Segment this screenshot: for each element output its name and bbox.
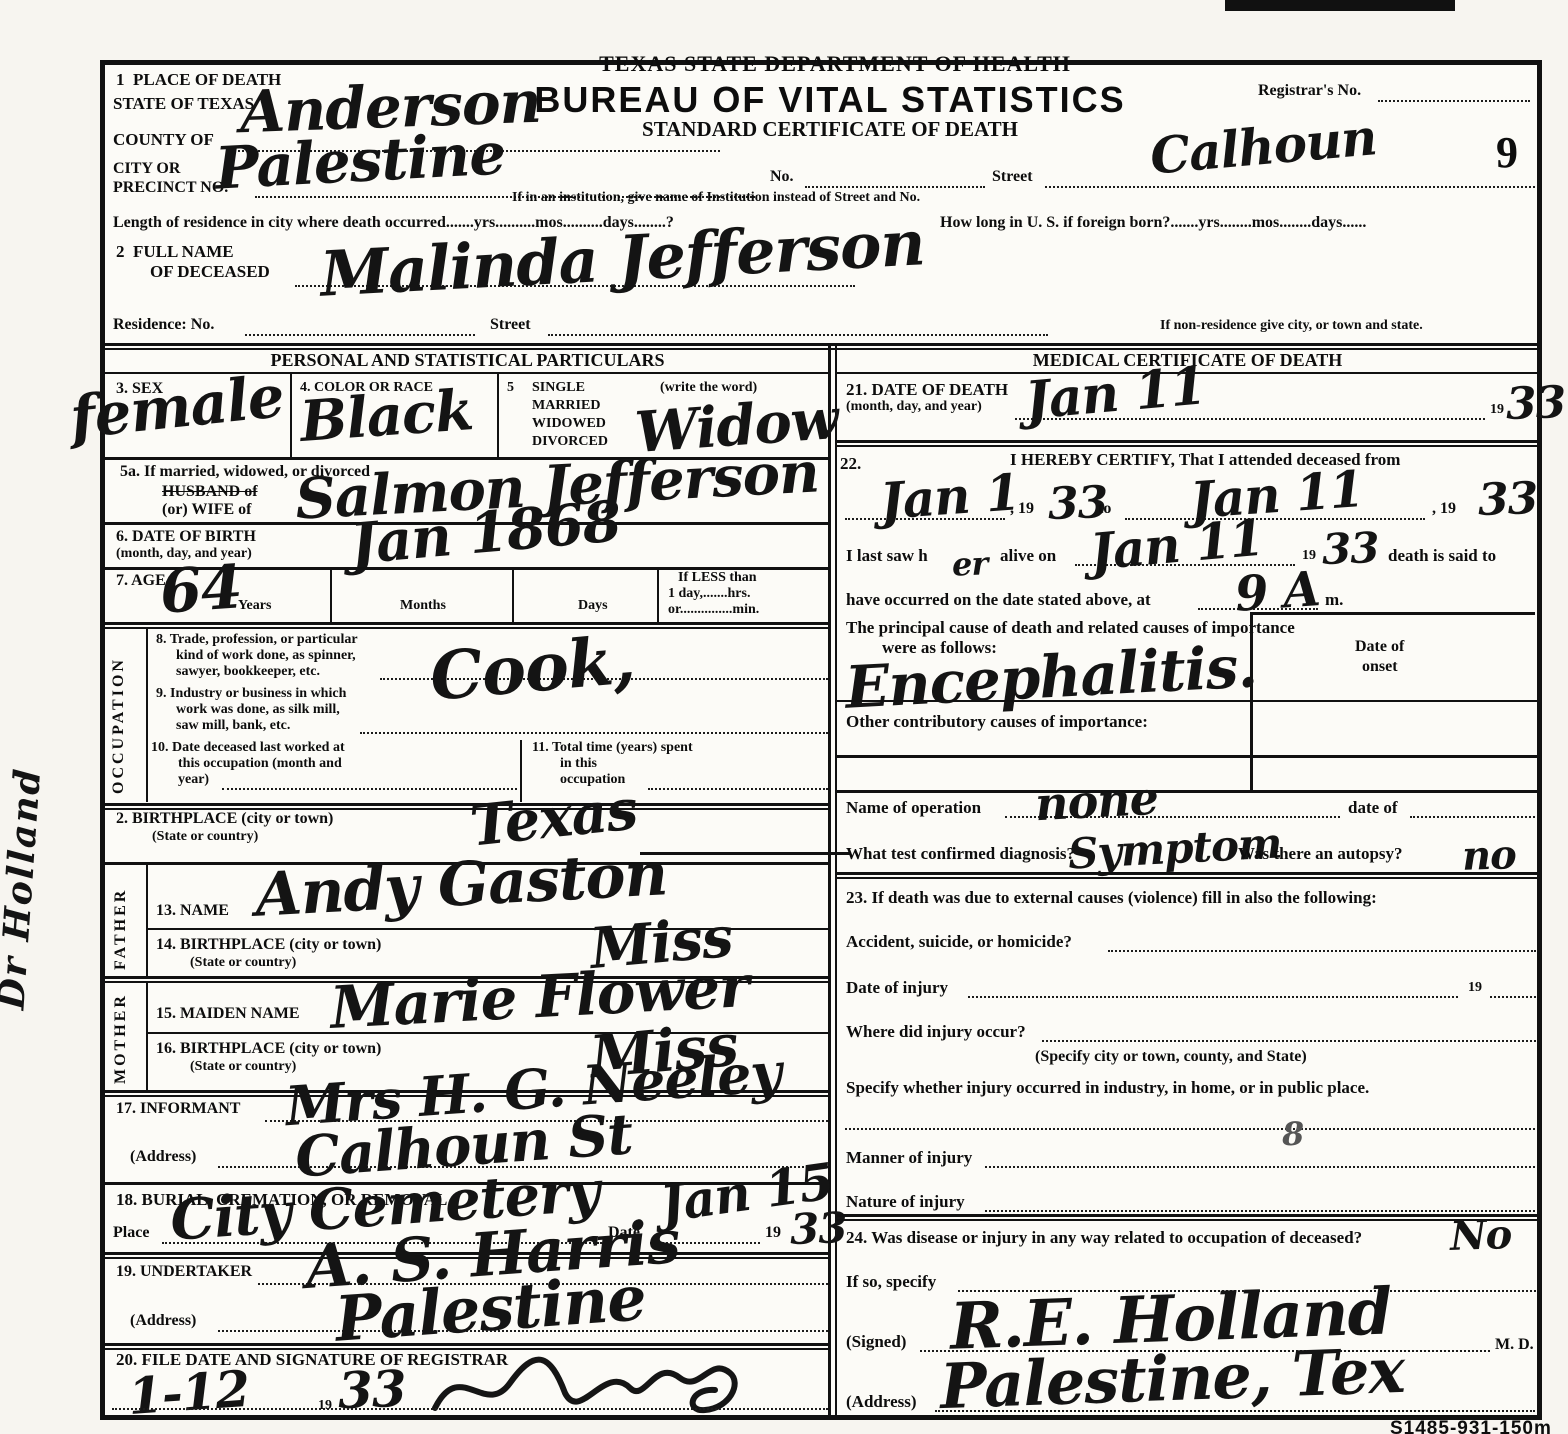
rule <box>837 700 1537 702</box>
section-divider <box>103 343 1539 350</box>
occ-11-line1: 11. Total time (years) spent <box>532 740 693 756</box>
fullname-number-title: 2 FULL NAME <box>116 242 234 261</box>
cell-divider <box>512 567 514 622</box>
occ-8-line2: kind of work done, as spinner, <box>176 648 356 664</box>
manner-leader <box>985 1166 1535 1168</box>
state-of-texas-label: STATE OF TEXAS <box>113 94 254 113</box>
scan-artifact-bar <box>1225 0 1455 11</box>
filedate-handwriting: 1-12 <box>126 1364 250 1422</box>
burial-year-label: 19 <box>765 1224 781 1242</box>
of-deceased-label: OF DECEASED <box>150 262 270 281</box>
rule <box>837 1214 1539 1221</box>
mother-group-rule <box>146 983 148 1090</box>
dod-year-handwriting: 33 <box>1505 381 1566 427</box>
rule <box>837 755 1537 758</box>
occ-9-leader <box>360 732 828 734</box>
age-less3: or...............min. <box>668 602 759 618</box>
bureau-title: BUREAU OF VITAL STATISTICS <box>500 80 1160 120</box>
mother-bp-label: 16. BIRTHPLACE (city or town) <box>156 1040 381 1058</box>
dept-title: TEXAS STATE DEPARTMENT OF HEALTH <box>545 52 1125 77</box>
certificate-number: 9 <box>1496 128 1518 177</box>
age-years-label: Years <box>238 598 271 614</box>
burial-place-label: Place <box>113 1224 149 1242</box>
father-vertical-label: FATHER <box>112 872 130 970</box>
marital-married: MARRIED <box>532 398 600 414</box>
dod-value-handwriting: Jan 11 <box>1023 360 1207 428</box>
specify-place-label: Specify whether injury occurred in indus… <box>846 1078 1369 1097</box>
city-or-label: CITY OR <box>113 160 180 178</box>
contrib-label: Other contributory causes of importance: <box>846 712 1148 731</box>
signed-address-label: (Address) <box>846 1392 917 1411</box>
cell-divider <box>497 372 499 457</box>
injury-date-label: Date of injury <box>846 978 948 997</box>
lastsaw-t2: alive on <box>1000 546 1056 565</box>
certify-to-label: to <box>1098 500 1111 518</box>
street-no-label: No. <box>770 168 794 186</box>
dod-year-label: 19 <box>1490 402 1504 418</box>
occupation-group-rule <box>146 629 148 802</box>
father-name-label: 13. NAME <box>156 902 229 920</box>
certify-yr2-label: , 19 <box>1432 500 1456 518</box>
operation-value-handwriting: none <box>1034 775 1159 827</box>
residence-street-leader <box>548 334 1048 336</box>
injury-date-year-leader <box>1490 996 1536 998</box>
county-of-label: COUNTY OF <box>113 130 214 149</box>
test-label: What test confirmed diagnosis? <box>846 844 1075 863</box>
mother-vertical-label: MOTHER <box>112 988 130 1084</box>
q24-label: 24. Was disease or injury in any way rel… <box>846 1228 1362 1247</box>
occ-11-line2: in this <box>560 756 597 772</box>
dod-sublabel: (month, day, and year) <box>846 399 982 415</box>
non-residence-note: If non-residence give city, or town and … <box>1160 318 1423 334</box>
occ-11-leader <box>648 788 828 790</box>
mother-bp-sublabel: (State or country) <box>190 1059 296 1075</box>
street-label: Street <box>992 168 1033 186</box>
autopsy-label: Was there an autopsy? <box>1238 844 1403 863</box>
lastsaw-t3: death is said to <box>1388 546 1496 565</box>
injury-date-leader <box>968 996 1458 998</box>
occupation-vertical-label: OCCUPATION <box>110 632 128 794</box>
standard-title: STANDARD CERTIFICATE OF DEATH <box>540 118 1120 142</box>
column-divider-right <box>835 343 837 1418</box>
city-value-handwriting: Palestine <box>214 124 507 197</box>
column-divider-left <box>828 343 831 1418</box>
mother-name-label: 15. MAIDEN NAME <box>156 1005 300 1023</box>
filedate-year-label: 19 <box>318 1398 332 1414</box>
undertaker-label: 19. UNDERTAKER <box>116 1263 252 1281</box>
onset-label-1: Date of <box>1355 638 1404 656</box>
how-long-us-line: How long in U. S. if foreign born?......… <box>940 214 1366 232</box>
rule <box>837 790 1537 793</box>
operation-date-leader <box>1410 816 1535 818</box>
age-value-handwriting: 64 <box>158 557 243 623</box>
age-months-label: Months <box>400 598 446 614</box>
husband-of-label-struck: HUSBAND of <box>162 483 258 501</box>
street-no-leader <box>805 186 985 188</box>
marital-widowed: WIDOWED <box>532 416 606 432</box>
cell-divider <box>657 567 659 622</box>
father-group-rule <box>146 864 148 976</box>
where-injury-label: Where did injury occur? <box>846 1022 1026 1041</box>
registrar-no-leader <box>1378 100 1530 102</box>
rule <box>103 803 828 810</box>
signed-label: (Signed) <box>846 1332 906 1351</box>
age-less2: 1 day,.......hrs. <box>668 586 750 602</box>
occ-10-line1: 10. Date deceased last worked at <box>151 740 345 756</box>
birthplace-sublabel: (State or country) <box>152 829 258 845</box>
physician-address-handwriting: Palestine, Tex <box>939 1340 1405 1418</box>
rule <box>103 622 828 629</box>
occ-9-line3: saw mill, bank, etc. <box>176 718 290 734</box>
registrar-no-label: Registrar's No. <box>1258 82 1361 100</box>
institution-note: If in an institution, give name of Insti… <box>512 190 920 206</box>
item-2-number: 2 <box>116 242 125 261</box>
dob-label: 6. DATE OF BIRTH <box>116 528 256 546</box>
marital-single: SINGLE <box>532 380 585 396</box>
occupation-value-handwriting: Cook, <box>428 626 637 710</box>
rule <box>837 440 1539 447</box>
occ-10-leader <box>222 788 517 790</box>
race-value-handwriting: Black <box>298 382 474 450</box>
lastsaw-time-handwriting: 9 A <box>1233 565 1321 619</box>
ifso-label: If so, specify <box>846 1272 936 1291</box>
father-bp-label: 14. BIRTHPLACE (city or town) <box>156 936 381 954</box>
occ-8-line3: sawyer, bookkeeper, etc. <box>176 664 320 680</box>
accident-label: Accident, suicide, or homicide? <box>846 932 1072 951</box>
cell-divider <box>330 567 332 622</box>
lastsaw-t5: m. <box>1325 590 1343 609</box>
where-injury-spec: (Specify city or town, county, and State… <box>1035 1048 1307 1066</box>
operation-date-label: date of <box>1348 798 1398 817</box>
lastsaw-t4: have occurred on the date stated above, … <box>846 590 1151 609</box>
margin-arrow-line <box>640 852 850 855</box>
nature-leader <box>985 1210 1535 1212</box>
occ-9-line2: work was done, as silk mill, <box>176 702 340 718</box>
informant-address-label: (Address) <box>130 1148 196 1166</box>
onset-label-2: onset <box>1362 658 1398 676</box>
wife-of-label: (or) WIFE of <box>162 501 251 519</box>
certify-number: 22. <box>840 454 861 473</box>
age-days-label: Days <box>578 598 608 614</box>
md-label: M. D. <box>1495 1336 1534 1354</box>
age-less1: If LESS than <box>678 570 757 586</box>
injury-date-year-label: 19 <box>1468 980 1482 996</box>
form-number: S1485-931-150m <box>1390 1418 1552 1434</box>
lastsaw-er-handwriting: er <box>951 547 987 580</box>
occ-10-line2: this occupation (month and <box>178 756 342 772</box>
occ-10-line3: year) <box>178 772 209 788</box>
street-leader <box>1045 186 1535 188</box>
certify-yr2-handwriting: 33 <box>1477 477 1538 523</box>
left-column-header: PERSONAL AND STATISTICAL PARTICULARS <box>110 350 825 370</box>
autopsy-value-handwriting: no <box>1461 835 1516 877</box>
filedate-leader <box>112 1408 828 1410</box>
dod-label: 21. DATE OF DEATH <box>846 380 1008 399</box>
lastsaw-t1: I last saw h <box>846 546 928 565</box>
manner-stray-mark: 8 <box>1281 1118 1303 1151</box>
birthplace-label: 2. BIRTHPLACE (city or town) <box>116 810 333 828</box>
occ-8-line1: 8. Trade, profession, or particular <box>156 632 358 648</box>
death-certificate-scan: Dr Holland 1 PLACE OF DEATH STATE OF TEX… <box>0 0 1568 1434</box>
residence-street-label: Street <box>490 316 531 334</box>
father-bp-sublabel: (State or country) <box>190 955 296 971</box>
informant-label: 17. INFORMANT <box>116 1100 240 1118</box>
margin-physician-note: Dr Holland <box>0 589 59 1010</box>
accident-leader <box>1108 950 1536 952</box>
residence-label: Residence: No. <box>113 316 214 334</box>
residence-no-leader <box>245 334 475 336</box>
item-1-number: 1 <box>116 70 125 89</box>
onset-box-top <box>1250 612 1535 615</box>
nature-label: Nature of injury <box>846 1192 965 1211</box>
lastsaw-year-handwriting: 33 <box>1321 527 1379 571</box>
specify-leader <box>845 1128 1535 1130</box>
occ-9-line1: 9. Industry or business in which <box>156 686 346 702</box>
rule <box>837 872 1539 879</box>
q23-label: 23. If death was due to external causes … <box>846 888 1377 907</box>
marital-divorced: DIVORCED <box>532 434 608 450</box>
cell-divider <box>290 372 292 457</box>
q24-answer-handwriting: No <box>1449 1215 1512 1257</box>
certify-yr1-label: , 19 <box>1010 500 1034 518</box>
undertaker-address-label: (Address) <box>130 1312 196 1330</box>
marital-number: 5 <box>507 380 514 396</box>
certify-from-handwriting: Jan 1 <box>878 467 1021 527</box>
precinct-no-label: PRECINCT NO. <box>113 179 228 197</box>
full-name-label: FULL NAME <box>133 242 234 261</box>
where-injury-leader <box>1042 1040 1536 1042</box>
manner-label: Manner of injury <box>846 1148 972 1167</box>
registrar-signature-scribble <box>430 1348 760 1426</box>
operation-label: Name of operation <box>846 798 981 817</box>
